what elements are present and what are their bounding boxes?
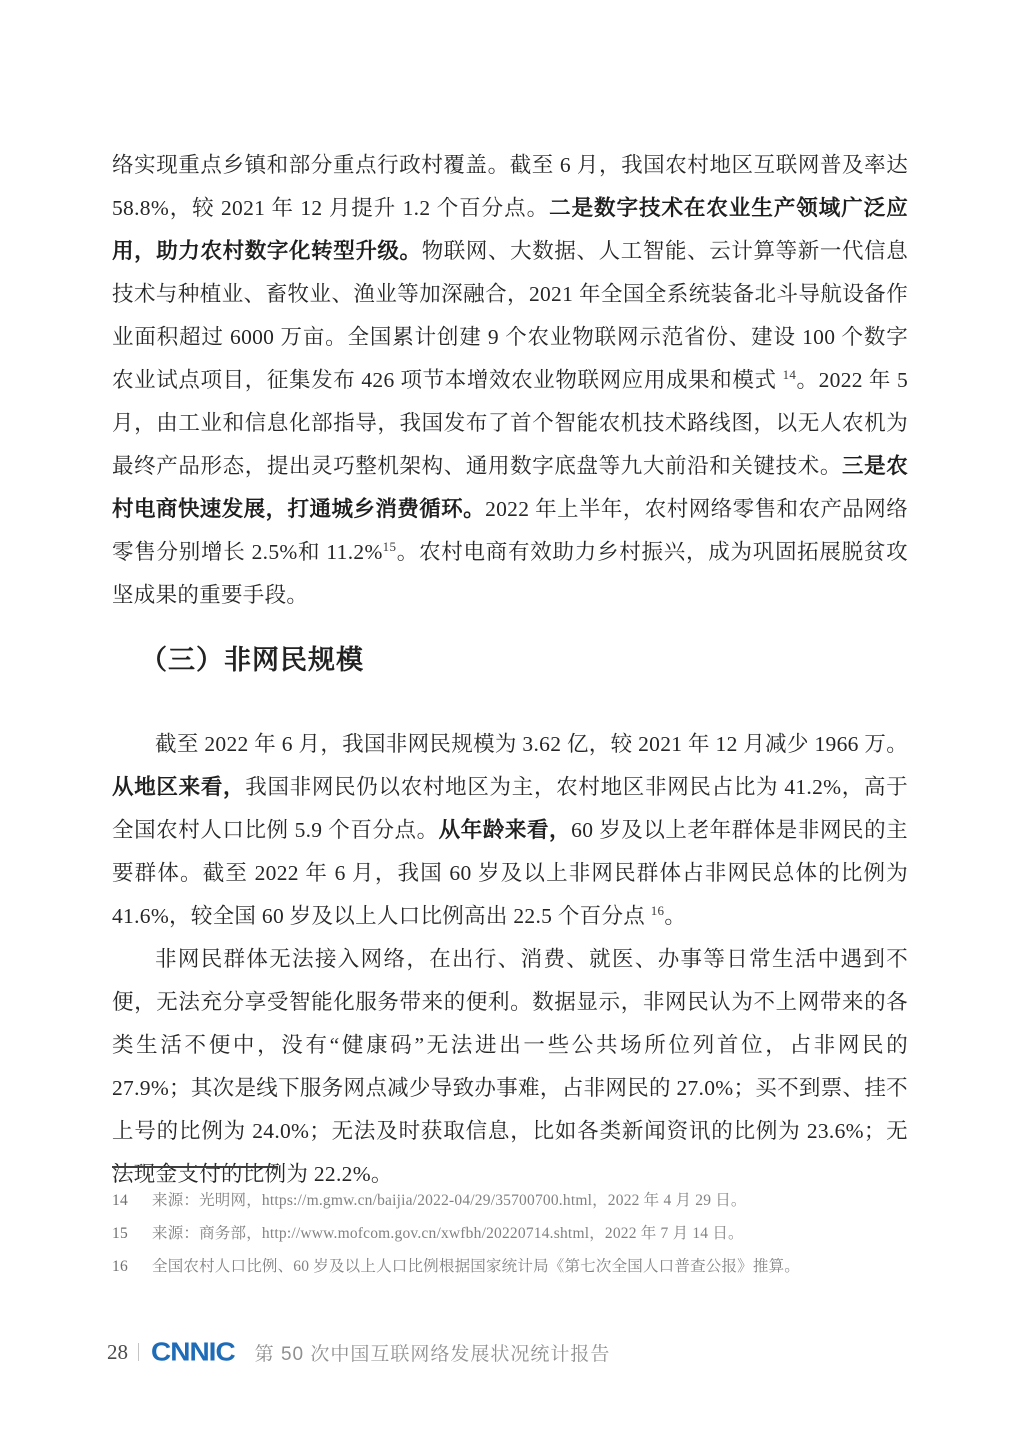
footnote-text: 来源：商务部，http://www.mofcom.gov.cn/xwfbh/20…: [152, 1217, 912, 1250]
footnote-number: 16: [112, 1250, 152, 1283]
page-body: 络实现重点乡镇和部分重点行政村覆盖。截至 6 月，我国农村地区互联网普及率达 5…: [112, 144, 908, 1196]
body-paragraph: 截至 2022 年 6 月，我国非网民规模为 3.62 亿，较 2021 年 1…: [112, 723, 908, 938]
text-run-bold: 从地区来看，: [112, 775, 245, 799]
cnnic-logo: CNNIC: [151, 1337, 235, 1366]
text-run: 非网民群体无法接入网络，在出行、消费、就医、办事等日常生活中遇到不便，无法充分享…: [112, 947, 908, 1186]
text-run: 。: [664, 904, 686, 928]
footnote-separator: [112, 1166, 278, 1168]
text-run: 截至 2022 年 6 月，我国非网民规模为 3.62 亿，较 2021 年 1…: [155, 732, 908, 756]
page-footer: 28 CNNIC 第 50 次中国互联网络发展状况统计报告: [107, 1334, 610, 1370]
footnote-number: 15: [112, 1217, 152, 1250]
footnote-item: 16 全国农村人口比例、60 岁及以上人口比例根据国家统计局《第七次全国人口普查…: [112, 1250, 912, 1283]
body-paragraph: 非网民群体无法接入网络，在出行、消费、就医、办事等日常生活中遇到不便，无法充分享…: [112, 938, 908, 1196]
footnotes-section: 14 来源：光明网，https://m.gmw.cn/baijia/2022-0…: [112, 1184, 912, 1283]
body-paragraph: 络实现重点乡镇和部分重点行政村覆盖。截至 6 月，我国农村地区互联网普及率达 5…: [112, 144, 908, 617]
footnote-text: 全国农村人口比例、60 岁及以上人口比例根据国家统计局《第七次全国人口普查公报》…: [152, 1250, 912, 1283]
footnote-item: 15 来源：商务部，http://www.mofcom.gov.cn/xwfbh…: [112, 1217, 912, 1250]
section-heading: （三）非网民规模: [112, 641, 908, 679]
footnote-text: 来源：光明网，https://m.gmw.cn/baijia/2022-04/2…: [152, 1184, 912, 1217]
footer-divider: [138, 1343, 139, 1361]
text-run-bold: 从年龄来看，: [439, 818, 571, 842]
footnote-ref: 15: [383, 539, 397, 554]
report-title: 第 50 次中国互联网络发展状况统计报告: [255, 1339, 611, 1366]
footnote-ref: 14: [783, 367, 797, 382]
footnote-ref: 16: [651, 903, 665, 918]
page-number: 28: [107, 1340, 128, 1365]
footnote-number: 14: [112, 1184, 152, 1217]
footnote-item: 14 来源：光明网，https://m.gmw.cn/baijia/2022-0…: [112, 1184, 912, 1217]
document-page: 络实现重点乡镇和部分重点行政村覆盖。截至 6 月，我国农村地区互联网普及率达 5…: [0, 0, 1020, 1440]
